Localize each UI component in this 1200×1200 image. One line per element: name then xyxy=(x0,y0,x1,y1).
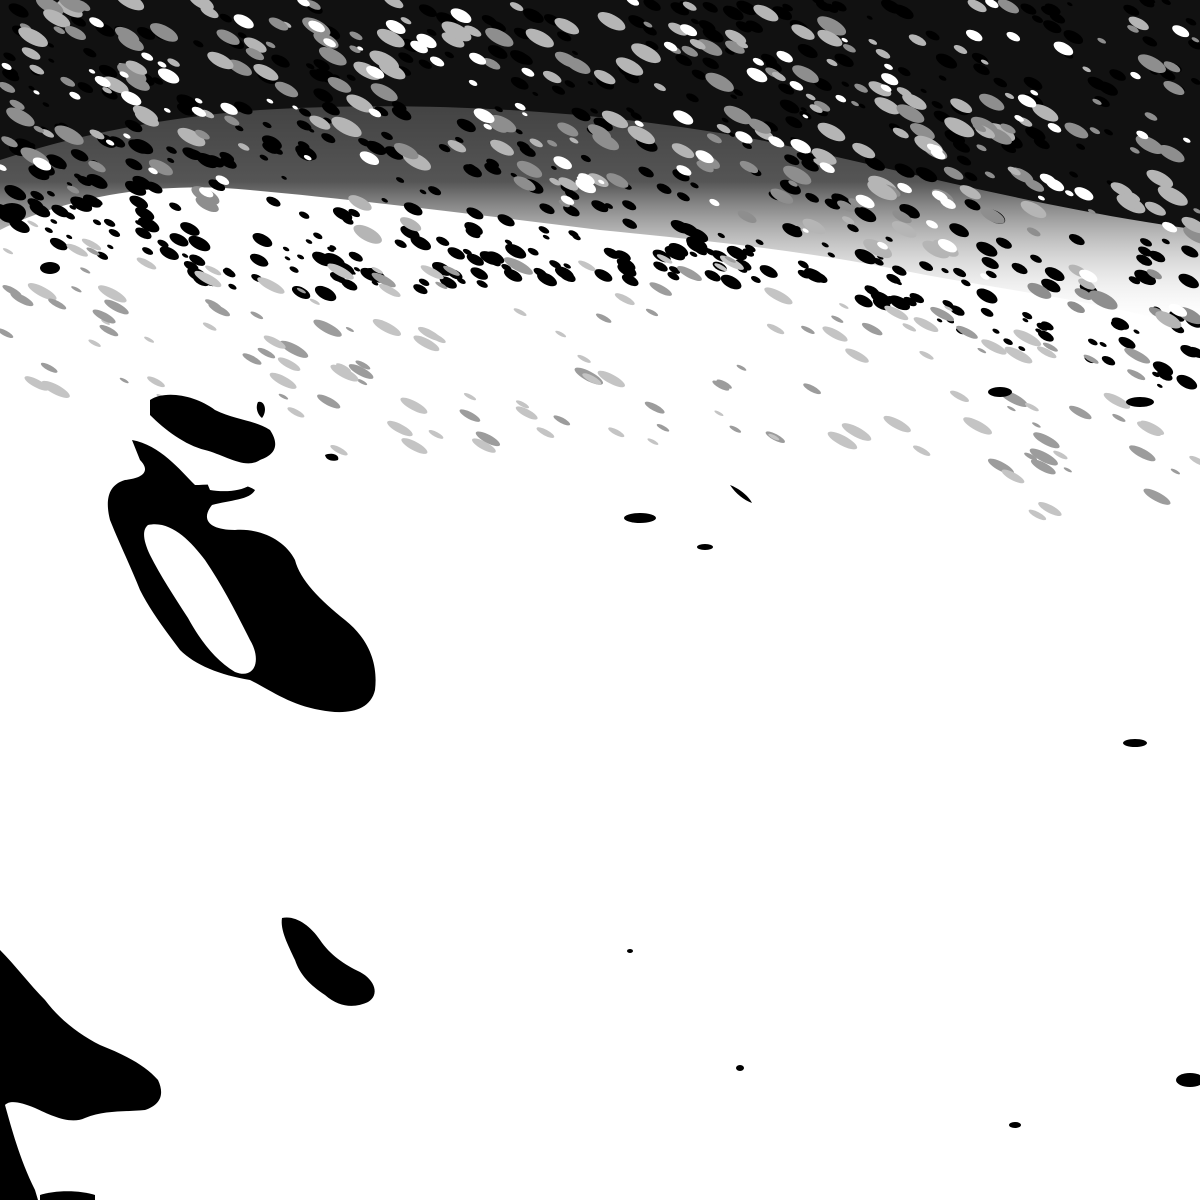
image-canvas xyxy=(0,0,1200,1200)
